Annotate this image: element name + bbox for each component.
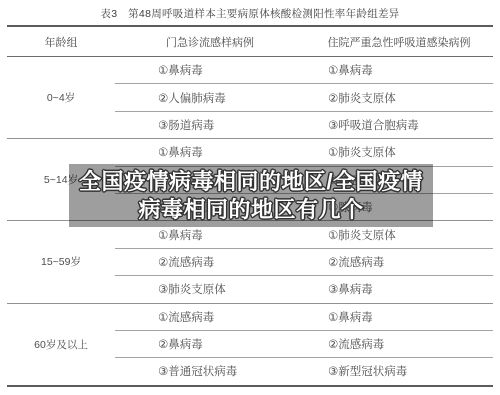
col-header-age-group: 年龄组 <box>7 34 115 50</box>
age-group-label: 0~4岁 <box>7 57 115 138</box>
table-row: ①流感病毒 ①鼻病毒 <box>115 304 493 331</box>
table-row: ③肠道病毒 ③呼吸道合胞病毒 <box>115 112 493 138</box>
article-image: 表3 第48周呼吸道样本主要病原体核酸检测阳性率年龄组差异 年龄组 门急诊流感样… <box>0 0 500 395</box>
cell-ili-rank2: ②流感病毒 <box>115 254 305 270</box>
cell-sari-rank1: ①肺炎支原体 <box>305 144 493 160</box>
cell-sari-rank1: ①鼻病毒 <box>305 62 493 78</box>
table-row: ①鼻病毒 ①肺炎支原体 <box>115 139 493 166</box>
cell-sari-rank1: ①鼻病毒 <box>305 309 493 325</box>
cell-ili-rank3: ③肠道病毒 <box>115 117 305 133</box>
age-group-rows: ①鼻病毒 ①鼻病毒 ②人偏肺病毒 ②肺炎支原体 ③肠道病毒 ③呼吸道合胞病毒 <box>115 57 493 138</box>
age-group-0-4: 0~4岁 ①鼻病毒 ①鼻病毒 ②人偏肺病毒 ②肺炎支原体 ③肠道病毒 ③呼吸道合… <box>7 57 493 138</box>
cell-sari-rank3: ③呼吸道合胞病毒 <box>305 117 493 133</box>
age-group-60-plus: 60岁及以上 ①流感病毒 ①鼻病毒 ②鼻病毒 ②流感病毒 ③普通冠状病毒 ③新型… <box>7 303 493 385</box>
caption-overlay: 全国疫情病毒相同的地区/全国疫情 病毒相同的地区有几个 <box>69 164 433 227</box>
cell-ili-rank3: ③肺炎支原体 <box>115 281 305 297</box>
age-group-rows: ①流感病毒 ①鼻病毒 ②鼻病毒 ②流感病毒 ③普通冠状病毒 ③新型冠状病毒 <box>115 304 493 385</box>
table-header-row: 年龄组 门急诊流感样病例 住院严重急性呼吸道感染病例 <box>7 27 493 57</box>
cell-ili-rank3: ③普通冠状病毒 <box>115 363 305 379</box>
cell-sari-rank2: ②流感病毒 <box>305 336 493 352</box>
age-group-label: 15~59岁 <box>7 221 115 302</box>
cell-ili-rank2: ②人偏肺病毒 <box>115 90 305 106</box>
cell-ili-rank1: ①鼻病毒 <box>115 62 305 78</box>
cell-ili-rank1: ①鼻病毒 <box>115 144 305 160</box>
table-title: 表3 第48周呼吸道样本主要病原体核酸检测阳性率年龄组差异 <box>0 6 500 21</box>
table-row: ②人偏肺病毒 ②肺炎支原体 <box>115 84 493 111</box>
table-row: ③肺炎支原体 ③鼻病毒 <box>115 276 493 302</box>
cell-sari-rank1: ①肺炎支原体 <box>305 227 493 243</box>
cell-sari-rank3: ③新型冠状病毒 <box>305 363 493 379</box>
caption-line-2: 病毒相同的地区有几个 <box>138 196 363 224</box>
cell-sari-rank2: ②肺炎支原体 <box>305 90 493 106</box>
col-header-hospitalized-sari: 住院严重急性呼吸道感染病例 <box>305 34 493 50</box>
col-header-outpatient-ili: 门急诊流感样病例 <box>115 34 305 50</box>
age-group-rows: ①鼻病毒 ①肺炎支原体 ②流感病毒 ②流感病毒 ③肺炎支原体 ③鼻病毒 <box>115 221 493 302</box>
cell-sari-rank2: ②流感病毒 <box>305 254 493 270</box>
table-row: ③普通冠状病毒 ③新型冠状病毒 <box>115 358 493 384</box>
cell-ili-rank2: ②鼻病毒 <box>115 336 305 352</box>
table-row: ②流感病毒 ②流感病毒 <box>115 249 493 276</box>
cell-ili-rank1: ①流感病毒 <box>115 309 305 325</box>
age-group-label: 60岁及以上 <box>7 304 115 385</box>
caption-line-1: 全国疫情病毒相同的地区/全国疫情 <box>79 168 423 196</box>
table-row: ②鼻病毒 ②流感病毒 <box>115 331 493 358</box>
age-group-15-59: 15~59岁 ①鼻病毒 ①肺炎支原体 ②流感病毒 ②流感病毒 ③肺炎支原体 ③鼻… <box>7 220 493 302</box>
table-row: ①鼻病毒 ①鼻病毒 <box>115 57 493 84</box>
cell-sari-rank3: ③鼻病毒 <box>305 281 493 297</box>
cell-ili-rank1: ①鼻病毒 <box>115 227 305 243</box>
